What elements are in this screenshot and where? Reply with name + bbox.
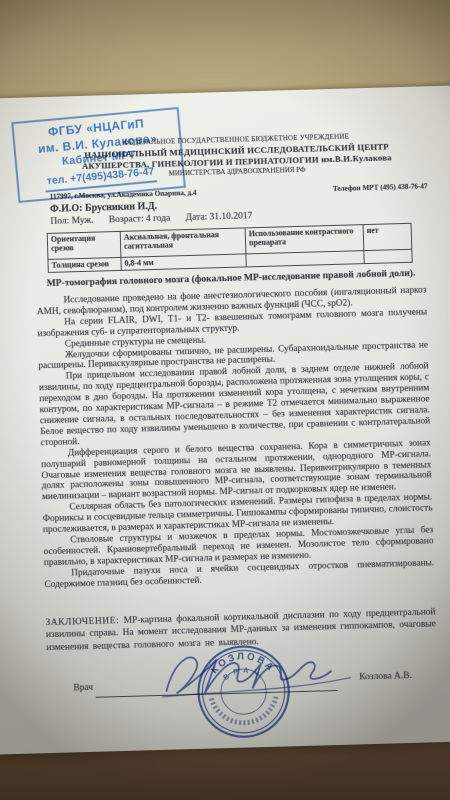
clinic-phone: Телефон МРТ (495) 438-76-47 (333, 182, 428, 193)
cell-empty (364, 249, 412, 264)
handwritten-signature (153, 633, 369, 715)
paper-sheet: ФГБУ «НЦАГиП им. В.И. Кулакова» Кабинет … (0, 85, 450, 754)
signature-stroke (166, 654, 332, 695)
cell-contrast-value: нет (363, 223, 412, 250)
patient-name: Ф.И.О: Брусникин И.Д. (50, 201, 157, 215)
cell-empty (246, 251, 364, 268)
clinic-ink-stamp: ФГБУ «НЦАГиП им. В.И. Кулакова» Кабинет … (11, 107, 186, 203)
patient-age: Возраст: 4 года (109, 214, 171, 226)
report-paragraph: При прицельном исследовании правой лобно… (39, 362, 431, 449)
exam-date: Дата: 31.10.2017 (185, 211, 252, 223)
cell-orientation-value: Аксиальная, фронтальная сагиттальная (120, 228, 246, 257)
scan-parameters-table: Ориентация срезов Аксиальная, фронтальна… (47, 223, 413, 274)
cell-contrast-label: Использование контрастного препарата (245, 225, 364, 254)
photo-of-mri-report: ФГБУ «НЦАГиП им. В.И. Кулакова» Кабинет … (0, 0, 450, 800)
cell-thickness-value: 0,8-4 мм (121, 254, 246, 271)
patient-sex: Пол: Муж. (50, 216, 93, 227)
stamp-phone: тел. +7(495)438-76-47 (44, 166, 157, 193)
conclusion-label: ЗАКЛЮЧЕНИЕ: (45, 616, 119, 628)
cell-orientation-label: Ориентация срезов (47, 231, 121, 259)
doctor-label: Врач (73, 683, 93, 694)
cell-thickness-label: Толщина срезов (48, 257, 121, 272)
report-body: Исследование проведено на фоне анестезио… (36, 285, 434, 590)
